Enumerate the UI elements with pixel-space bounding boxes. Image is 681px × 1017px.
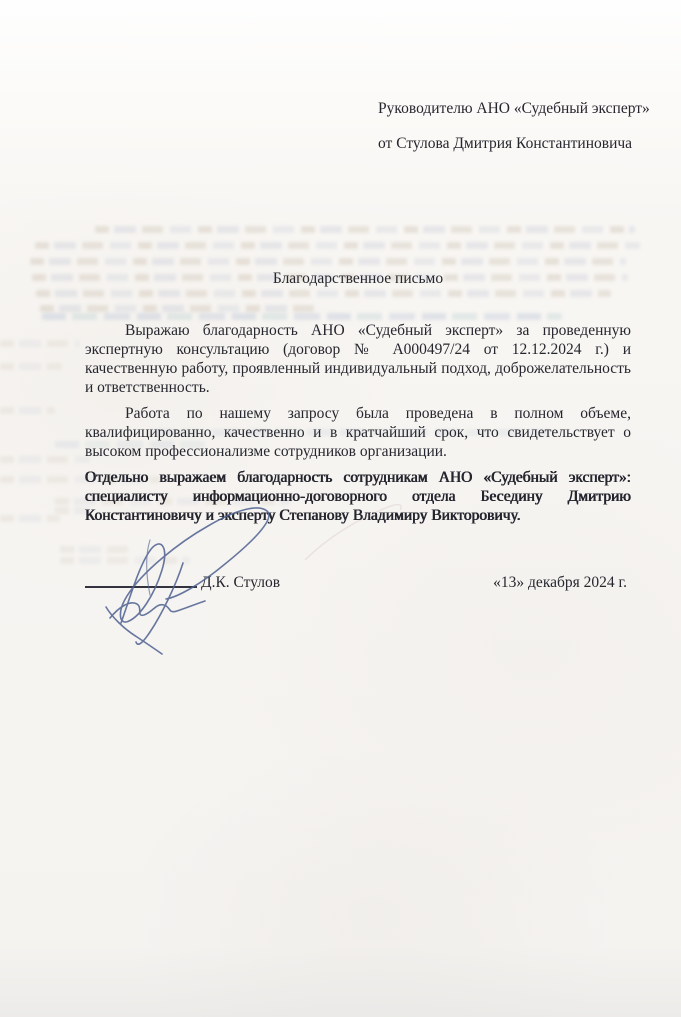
- bleedthrough-line: [40, 305, 318, 312]
- document-title: Благодарственное письмо: [85, 270, 631, 288]
- sender-line: от Стулова Дмитрия Константиновича: [378, 136, 650, 152]
- bleedthrough-line: [0, 407, 55, 414]
- bleedthrough-line: [60, 557, 190, 564]
- bleedthrough-line: [0, 363, 62, 370]
- signer-name: Д.К. Стулов: [201, 574, 280, 592]
- signature-line: [85, 586, 197, 588]
- bleedthrough-line: [35, 242, 640, 249]
- paragraph-quality: Работа по нашему запросу была проведена …: [85, 404, 631, 461]
- letter-header: Руководителю АНО «Судебный эксперт» от С…: [378, 101, 650, 152]
- recipient-line: Руководителю АНО «Судебный эксперт»: [378, 101, 650, 117]
- letter-date: «13» декабря 2024 г.: [493, 574, 627, 592]
- bleedthrough-line: [42, 313, 562, 320]
- bleedthrough-line: [0, 515, 60, 522]
- bleedthrough-line: [36, 290, 611, 297]
- letter-body: Выражаю благодарность АНО «Судебный эксп…: [85, 321, 631, 532]
- bleedthrough-line: [30, 258, 626, 265]
- paragraph-staff-thanks: Отдельно выражаем благодарность сотрудни…: [85, 468, 631, 525]
- paragraph-gratitude: Выражаю благодарность АНО «Судебный эксп…: [85, 321, 631, 397]
- bleedthrough-line: [95, 226, 635, 233]
- scanned-letter-page: Руководителю АНО «Судебный эксперт» от С…: [0, 0, 681, 1017]
- bleedthrough-line: [0, 456, 90, 463]
- bleedthrough-line: [60, 546, 130, 553]
- bleedthrough-line: [0, 340, 80, 347]
